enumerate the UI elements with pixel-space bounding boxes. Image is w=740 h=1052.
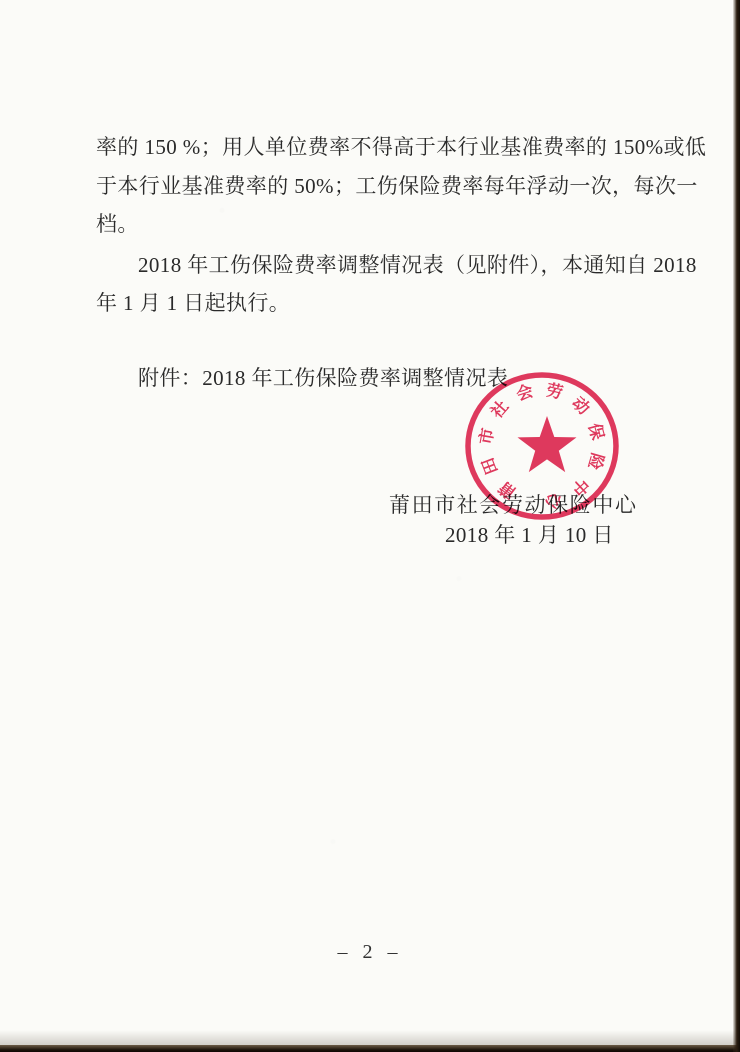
scan-bottom-shadow	[0, 1030, 740, 1045]
seal-ring-char: 动	[568, 392, 594, 418]
seal-ring-char: 田	[478, 455, 502, 477]
seal-ring-char: 保	[585, 421, 609, 443]
body-line-1: 率的 150 %；用人单位费率不得高于本行业基准费率的 150%或低	[96, 131, 706, 161]
body-line-4: 2018 年工伤保险费率调整情况表（见附件），本通知自 2018	[138, 249, 697, 279]
page-number: – 2 –	[0, 941, 740, 964]
seal-ring-char: 社	[486, 396, 513, 423]
official-seal: 莆 田 市 社 会 劳 动 保 险 中 心	[462, 370, 624, 528]
seal-ring-char: 中	[568, 474, 594, 500]
seal-ring-char: 劳	[544, 380, 565, 402]
seal-ring-char: 心	[543, 490, 564, 513]
seal-ring-char: 险	[584, 451, 608, 473]
attachment-line: 附件：2018 年工伤保险费率调整情况表	[138, 362, 508, 392]
seal-ring-char: 市	[475, 426, 498, 446]
seal-ring-char: 莆	[495, 477, 520, 502]
scan-right-edge	[733, 0, 740, 1052]
scanned-document-page: 率的 150 %；用人单位费率不得高于本行业基准费率的 150%或低 于本行业基…	[0, 0, 740, 1052]
seal-star-icon	[518, 416, 577, 472]
scan-bottom-edge	[0, 1045, 740, 1052]
seal-ring-char: 会	[514, 380, 536, 404]
body-line-2: 于本行业基准费率的 50%；工伤保险费率每年浮动一次，每次一	[96, 170, 698, 200]
body-line-5: 年 1 月 1 日起执行。	[96, 287, 290, 317]
body-line-3: 档。	[96, 208, 139, 238]
